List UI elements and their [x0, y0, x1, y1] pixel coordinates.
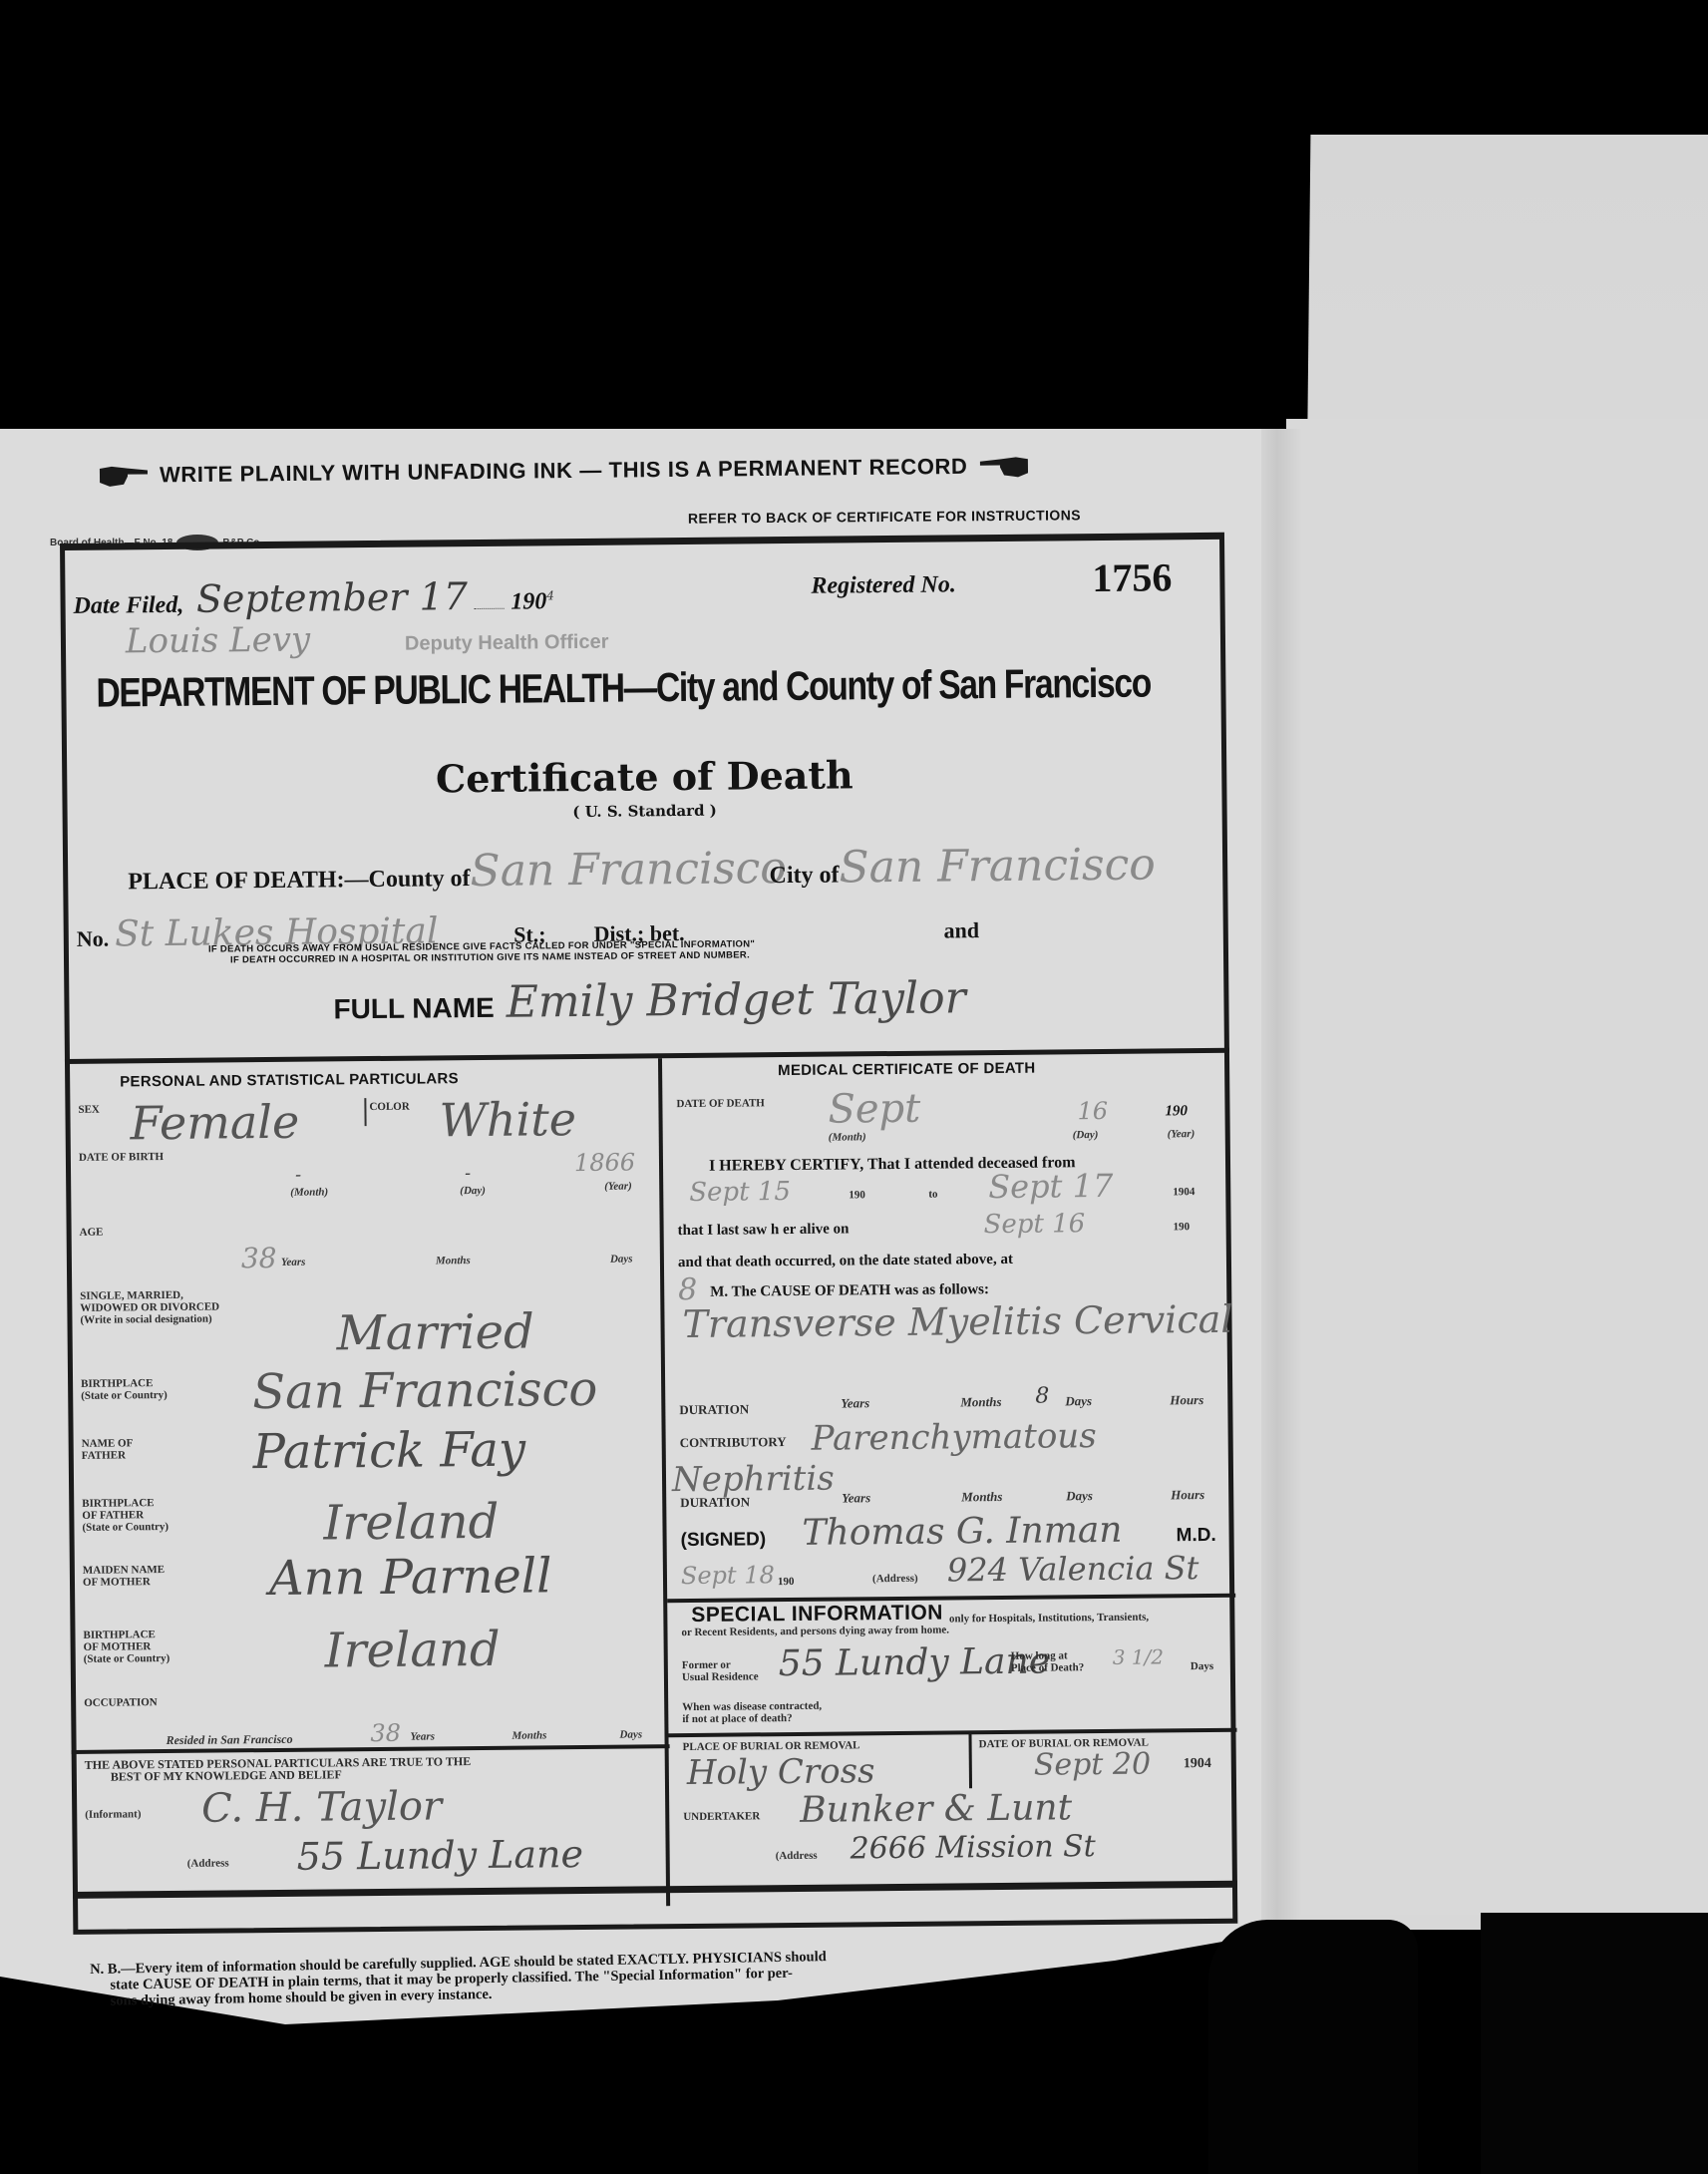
md-label: M.D.	[1177, 1525, 1216, 1547]
date-filed-row: Date Filed, September 17 1904	[73, 573, 554, 622]
father-bp-label-line-2: OF FATHER	[82, 1509, 169, 1522]
occurred-text: and that death occurred, on the date sta…	[678, 1252, 1013, 1271]
mother-name-value: Ann Parnell	[269, 1548, 552, 1607]
dod-day-label: (Day)	[1073, 1129, 1099, 1141]
registered-number: 1756	[1092, 553, 1172, 601]
column-divider	[658, 1058, 670, 1906]
informant-statement: THE ABOVE STATED PERSONAL PARTICULARS AR…	[85, 1755, 472, 1783]
burial-place-value: Holy Cross	[687, 1751, 875, 1793]
city-value: San Francisco	[839, 840, 1118, 894]
scanner-thumb-shadow	[1208, 1920, 1418, 2174]
mother-bp-label-line-3: (State or Country)	[84, 1652, 171, 1665]
resided-years-value: 38	[370, 1719, 401, 1747]
how-long-label-line-2: Place of Death?	[1011, 1661, 1084, 1674]
birthplace-label-line-2: (State or Country)	[81, 1389, 168, 1402]
date-filed-year-suffix: 4	[546, 588, 554, 602]
mother-label-line-1: MAIDEN NAME	[83, 1564, 165, 1577]
father-bp-label-line-1: BIRTHPLACE	[82, 1497, 169, 1510]
full-name-value: Emily Bridget Taylor	[506, 972, 965, 1027]
duration2-hours-label: Hours	[1171, 1487, 1204, 1503]
and-label: and	[943, 917, 979, 943]
burial-rule	[668, 1728, 1236, 1737]
mother-bp-label-line-2: OF MOTHER	[84, 1640, 171, 1653]
dob-year-label: (Year)	[604, 1181, 632, 1193]
duration2-months-label: Months	[961, 1489, 1002, 1505]
duration-months-label: Months	[960, 1394, 1001, 1410]
physician-address: 924 Valencia St	[947, 1549, 1199, 1589]
how-long-days-label: Days	[1191, 1660, 1213, 1672]
dod-month-label: (Month)	[829, 1131, 866, 1143]
resided-months-label: Months	[512, 1729, 546, 1741]
attended-from-value: Sept 15	[689, 1177, 791, 1208]
date-filed-label: Date Filed,	[73, 592, 183, 619]
dob-year-value: 1866	[574, 1148, 635, 1177]
last-saw-value: Sept 16	[983, 1209, 1085, 1240]
age-days-label: Days	[610, 1254, 633, 1266]
attended-to-value: Sept 17	[988, 1167, 1113, 1206]
signed-year: 190	[778, 1576, 795, 1588]
scanner-background	[1481, 1913, 1708, 2174]
duration-label: DURATION	[679, 1403, 749, 1416]
informant-name: C. H. Taylor	[201, 1783, 442, 1831]
special-heading-row: SPECIAL INFORMATION only for Hospitals, …	[691, 1600, 1149, 1628]
date-filed-value: September 17	[196, 574, 468, 621]
registered-label: Registered No.	[811, 571, 956, 599]
pointing-hand-icon	[977, 453, 1029, 480]
duration2-years-label: Years	[842, 1490, 870, 1506]
date-of-death-day: 16	[1077, 1097, 1108, 1125]
marital-label: SINGLE, MARRIED, WIDOWED OR DIVORCED (Wr…	[80, 1288, 219, 1325]
contracted-label-line-1: When was disease contracted,	[682, 1700, 822, 1713]
informant-label: (Informant)	[85, 1808, 141, 1821]
officer-signature: Louis Levy	[126, 620, 311, 662]
special-note-1: only for Hospitals, Institutions, Transi…	[949, 1612, 1149, 1626]
father-birthplace-value: Ireland	[323, 1494, 499, 1552]
date-of-death-month: Sept	[828, 1086, 920, 1133]
duration-value: 8	[1035, 1384, 1049, 1409]
number-label: No.	[77, 926, 110, 952]
mother-birthplace-label: BIRTHPLACE OF MOTHER (State or Country)	[83, 1629, 170, 1665]
age-months-label: Months	[436, 1255, 471, 1267]
sex-label: SEX	[78, 1104, 100, 1116]
attended-from-year: 190	[849, 1189, 865, 1201]
informant-address: 55 Lundy Lane	[296, 1832, 583, 1879]
duration2-days-label: Days	[1066, 1488, 1093, 1504]
color-value: White	[439, 1092, 576, 1147]
how-long-label-line-1: How long at	[1011, 1649, 1084, 1662]
dob-month-label: (Month)	[290, 1186, 328, 1198]
page-fold-shadow	[1261, 429, 1301, 1945]
resided-label: Resided in San Francisco	[166, 1732, 292, 1748]
signed-date: Sept 18	[681, 1561, 775, 1590]
resided-years-label: Years	[410, 1730, 435, 1742]
father-birthplace-label: BIRTHPLACE OF FATHER (State or Country)	[82, 1497, 169, 1534]
personal-heading: PERSONAL AND STATISTICAL PARTICULARS	[120, 1070, 459, 1090]
date-of-death-label: DATE OF DEATH	[676, 1097, 765, 1110]
birthplace-label: BIRTHPLACE (State or Country)	[81, 1377, 168, 1402]
burial-date-value: Sept 20	[1034, 1747, 1152, 1783]
last-saw-text: that I last saw h er alive on	[678, 1221, 850, 1240]
department-title: DEPARTMENT OF PUBLIC HEALTH—City and Cou…	[96, 660, 1151, 717]
mother-birthplace-value: Ireland	[324, 1622, 500, 1679]
date-of-death-year: 190	[1165, 1103, 1188, 1120]
mother-label-line-2: OF MOTHER	[83, 1576, 165, 1589]
birthplace-label-line-1: BIRTHPLACE	[81, 1377, 168, 1390]
informant-address-label: (Address	[187, 1857, 229, 1869]
contracted-label: When was disease contracted, if not at p…	[682, 1700, 822, 1725]
dob-label: DATE OF BIRTH	[79, 1151, 164, 1164]
father-label-line-2: FATHER	[82, 1449, 134, 1461]
father-bp-label-line-3: (State or Country)	[82, 1521, 169, 1534]
attended-to-year: 1904	[1173, 1186, 1195, 1198]
burial-year-value: 1904	[1184, 1758, 1211, 1770]
pointing-hand-icon	[98, 462, 150, 489]
adjacent-page-lower	[1286, 419, 1708, 1915]
undertaker-value: Bunker & Lunt	[800, 1787, 1072, 1831]
duration2-label: DURATION	[680, 1496, 750, 1509]
age-years-label: Years	[281, 1257, 306, 1268]
dob-day-value: -	[465, 1163, 471, 1184]
section-rule	[65, 1048, 1229, 1064]
special-note-2: or Recent Residents, and persons dying a…	[681, 1624, 949, 1638]
dod-year-label: (Year)	[1168, 1128, 1196, 1140]
burial-divider	[968, 1733, 972, 1788]
dob-day-label: (Day)	[460, 1185, 486, 1197]
place-of-death-row: PLACE OF DEATH:—County of San Francisco …	[128, 840, 1119, 901]
place-note: IF DEATH OCCURS AWAY FROM USUAL RESIDENC…	[208, 938, 755, 965]
full-name-row: FULL NAME Emily Bridget Taylor	[333, 972, 966, 1029]
certificate-form: Date Filed, September 17 1904 Registered…	[60, 533, 1237, 1935]
medical-heading: MEDICAL CERTIFICATE OF DEATH	[778, 1060, 1036, 1079]
bottom-rule	[73, 1881, 1237, 1899]
contracted-label-line-2: if not at place of death?	[682, 1712, 822, 1725]
how-long-value: 3 1/2	[1113, 1644, 1165, 1668]
father-name-label: NAME OF FATHER	[82, 1437, 134, 1461]
attended-to-label: to	[928, 1189, 937, 1201]
undertaker-label: UNDERTAKER	[683, 1810, 760, 1823]
residence-label-line-2: Usual Residence	[682, 1670, 759, 1683]
marital-value: Married	[336, 1303, 534, 1361]
resided-days-label: Days	[619, 1728, 642, 1740]
father-label-line-1: NAME OF	[82, 1437, 134, 1449]
cause-of-death-value: Transverse Myelitis Cervical	[682, 1297, 1232, 1346]
date-filed-year-prefix: 190	[511, 588, 546, 614]
duration-days-label: Days	[1065, 1393, 1092, 1409]
certificate-title: Certificate of Death	[67, 749, 1221, 805]
birthplace-value: San Francisco	[252, 1361, 598, 1420]
cause-text: M. The CAUSE OF DEATH was as follows:	[710, 1281, 989, 1301]
officer-title-stamp: Deputy Health Officer	[405, 631, 609, 656]
father-name-value: Patrick Fay	[252, 1422, 525, 1481]
field-divider	[364, 1098, 366, 1126]
physician-address-label: (Address)	[872, 1573, 918, 1585]
physician-signature: Thomas G. Inman	[802, 1510, 1122, 1554]
full-name-label: FULL NAME	[333, 992, 495, 1026]
dob-month-value: -	[295, 1165, 301, 1186]
duration-hours-label: Hours	[1170, 1392, 1203, 1408]
residence-label-line-1: Former or	[682, 1658, 759, 1671]
age-label: AGE	[80, 1227, 104, 1239]
duration-years-label: Years	[841, 1395, 869, 1411]
city-label: City of	[769, 863, 839, 891]
color-label: COLOR	[369, 1101, 409, 1113]
mother-name-label: MAIDEN NAME OF MOTHER	[83, 1564, 165, 1589]
undertaker-address: 2666 Mission St	[850, 1829, 1095, 1866]
signed-label: (SIGNED)	[681, 1529, 767, 1552]
usual-residence-label: Former or Usual Residence	[682, 1658, 759, 1683]
last-saw-year: 190	[1174, 1221, 1191, 1233]
mother-bp-label-line-1: BIRTHPLACE	[83, 1629, 170, 1641]
contributory-value: Parenchymatous Nephritis	[671, 1415, 1230, 1500]
usual-residence-value: 55 Lundy Lane	[779, 1641, 1051, 1685]
age-years-value: 38	[241, 1242, 277, 1274]
marital-label-line-3: (Write in social designation)	[80, 1312, 219, 1325]
occupation-label: OCCUPATION	[84, 1696, 158, 1709]
how-long-label: How long at Place of Death?	[1011, 1649, 1085, 1674]
informant-statement-line-2: BEST OF MY KNOWLEDGE AND BELIEF	[85, 1767, 472, 1783]
county-value: San Francisco	[470, 843, 769, 897]
sex-value: Female	[130, 1095, 299, 1151]
county-label: PLACE OF DEATH:—County of	[128, 866, 471, 896]
undertaker-address-label: (Address	[776, 1850, 818, 1862]
